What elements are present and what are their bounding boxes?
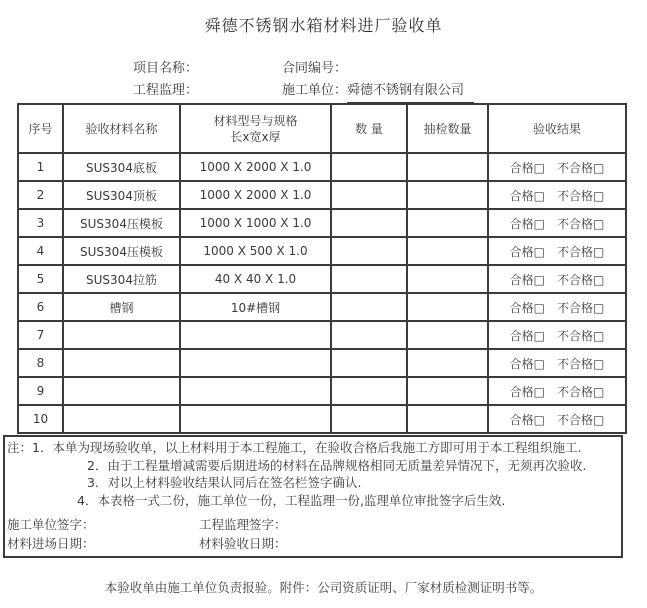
row-material-name: SUS304压模板 [63, 209, 180, 237]
row-material-name: SUS304压模板 [63, 237, 180, 265]
row-result-checkboxes[interactable]: 合格□ 不合格□ [488, 209, 626, 237]
contract-no-label: 合同编号： [282, 61, 347, 76]
header-sample-qty: 抽检数量 [407, 104, 488, 153]
form-meta: 项目名称：合同编号： 工程监理：施工单位：舜德不锈钢有限公司 [133, 58, 474, 102]
contract-no-group: 合同编号： [282, 58, 387, 80]
row-result-checkboxes[interactable]: 合格□ 不合格□ [488, 237, 626, 265]
row-material-name: 槽钢 [63, 293, 180, 321]
entry-date-group: 材料进场日期： [7, 534, 199, 553]
table-row: 7 合格□ 不合格□ [18, 321, 626, 349]
materials-table: 序号 验收材料名称 材料型号与规格 长x宽x厚 数 量 抽检数量 验收结果 1 … [17, 103, 627, 434]
contractor-sign-group: 施工单位签字： [7, 515, 199, 534]
footer-note: 本验收单由施工单位负责报验。附件：公司资质证明、厂家材质检测证明书等。 [0, 578, 647, 596]
row-sample-field[interactable] [407, 321, 488, 349]
acceptance-form-page: 舜德不锈钢水箱材料进厂验收单 项目名称：合同编号： 工程监理：施工单位：舜德不锈… [0, 0, 647, 608]
row-quantity-field[interactable] [331, 237, 407, 265]
table-row: 5 SUS304拉筋 40 X 40 X 1.0 合格□ 不合格□ [18, 265, 626, 293]
table-row: 1 SUS304底板 1000 X 2000 X 1.0 合格□ 不合格□ [18, 153, 626, 181]
row-result-checkboxes[interactable]: 合格□ 不合格□ [488, 405, 626, 433]
row-result-checkboxes[interactable]: 合格□ 不合格□ [488, 153, 626, 181]
supervisor-label: 工程监理： [133, 83, 198, 98]
row-quantity-field[interactable] [331, 153, 407, 181]
table-row: 6 槽钢 10#槽钢 合格□ 不合格□ [18, 293, 626, 321]
header-material-name: 验收材料名称 [63, 104, 180, 153]
entry-date-label: 材料进场日期： [7, 536, 95, 551]
row-quantity-field[interactable] [331, 321, 407, 349]
row-sample-field[interactable] [407, 377, 488, 405]
table-row: 10 合格□ 不合格□ [18, 405, 626, 433]
row-result-checkboxes[interactable]: 合格□ 不合格□ [488, 321, 626, 349]
row-material-name[interactable] [63, 405, 180, 433]
supervisor-sign-label: 工程监理签字： [199, 517, 287, 532]
row-sample-field[interactable] [407, 405, 488, 433]
row-seq: 6 [18, 293, 63, 321]
row-spec: 40 X 40 X 1.0 [180, 265, 331, 293]
header-seq: 序号 [18, 104, 63, 153]
row-spec: 1000 X 1000 X 1.0 [180, 209, 331, 237]
note-line-1: 注：1．本单为现场验收单，以上材料用于本工程施工，在验收合格后我施工方即可用于本… [5, 437, 621, 457]
accept-date-label: 材料验收日期： [199, 536, 287, 551]
row-material-name[interactable] [63, 349, 180, 377]
row-spec: 1000 X 500 X 1.0 [180, 237, 331, 265]
notes-section: 注：1．本单为现场验收单，以上材料用于本工程施工，在验收合格后我施工方即可用于本… [3, 435, 623, 558]
signature-row: 施工单位签字：工程监理签字： [7, 515, 619, 534]
row-result-checkboxes[interactable]: 合格□ 不合格□ [488, 293, 626, 321]
row-seq: 10 [18, 405, 63, 433]
table-row: 8 合格□ 不合格□ [18, 349, 626, 377]
row-sample-field[interactable] [407, 181, 488, 209]
row-result-checkboxes[interactable]: 合格□ 不合格□ [488, 349, 626, 377]
contractor-value: 舜德不锈钢有限公司 [347, 80, 474, 103]
accept-date-group: 材料验收日期： [199, 536, 347, 551]
header-quantity: 数 量 [331, 104, 407, 153]
note-line-4: 4．本表格一式二份，施工单位一份，工程监理一份,监理单位审批签字后生效. [5, 492, 621, 510]
row-material-name[interactable] [63, 377, 180, 405]
row-sample-field[interactable] [407, 265, 488, 293]
row-quantity-field[interactable] [331, 209, 407, 237]
row-sample-field[interactable] [407, 153, 488, 181]
note-line-3: 3．对以上材料验收结果认同后在签名栏签字确认. [5, 474, 621, 492]
row-seq: 1 [18, 153, 63, 181]
row-seq: 7 [18, 321, 63, 349]
row-quantity-field[interactable] [331, 349, 407, 377]
row-seq: 5 [18, 265, 63, 293]
row-sample-field[interactable] [407, 293, 488, 321]
row-material-name: SUS304拉筋 [63, 265, 180, 293]
note-line-2: 2．由于工程量增减需要后期进场的材料在品牌规格相同无质量差异情况下，无须再次验收… [5, 457, 621, 475]
project-name-group: 项目名称： [133, 58, 282, 80]
meta-row-2: 工程监理：施工单位：舜德不锈钢有限公司 [133, 80, 474, 102]
row-sample-field[interactable] [407, 209, 488, 237]
header-spec-line2: 长x宽x厚 [181, 129, 330, 145]
table-row: 2 SUS304顶板 1000 X 2000 X 1.0 合格□ 不合格□ [18, 181, 626, 209]
row-sample-field[interactable] [407, 349, 488, 377]
row-spec[interactable] [180, 321, 331, 349]
table-row: 9 合格□ 不合格□ [18, 377, 626, 405]
row-sample-field[interactable] [407, 237, 488, 265]
row-spec[interactable] [180, 349, 331, 377]
row-spec: 1000 X 2000 X 1.0 [180, 181, 331, 209]
row-quantity-field[interactable] [331, 405, 407, 433]
row-seq: 8 [18, 349, 63, 377]
row-seq: 3 [18, 209, 63, 237]
row-material-name: SUS304顶板 [63, 181, 180, 209]
row-seq: 9 [18, 377, 63, 405]
supervisor-group: 工程监理： [133, 80, 282, 102]
row-material-name: SUS304底板 [63, 153, 180, 181]
row-material-name[interactable] [63, 321, 180, 349]
row-spec: 1000 X 2000 X 1.0 [180, 153, 331, 181]
contractor-group: 施工单位：舜德不锈钢有限公司 [282, 80, 474, 103]
contractor-sign-label: 施工单位签字： [7, 517, 95, 532]
project-name-label: 项目名称： [133, 61, 198, 76]
table-row: 3 SUS304压模板 1000 X 1000 X 1.0 合格□ 不合格□ [18, 209, 626, 237]
date-row: 材料进场日期：材料验收日期： [7, 534, 619, 553]
row-result-checkboxes[interactable]: 合格□ 不合格□ [488, 181, 626, 209]
row-result-checkboxes[interactable]: 合格□ 不合格□ [488, 377, 626, 405]
header-spec-line1: 材料型号与规格 [181, 113, 330, 129]
row-spec[interactable] [180, 377, 331, 405]
row-spec: 10#槽钢 [180, 293, 331, 321]
row-spec[interactable] [180, 405, 331, 433]
supervisor-sign-group: 工程监理签字： [199, 517, 347, 532]
contractor-label: 施工单位： [282, 83, 347, 98]
page-title: 舜德不锈钢水箱材料进厂验收单 [0, 13, 647, 36]
table-row: 4 SUS304压模板 1000 X 500 X 1.0 合格□ 不合格□ [18, 237, 626, 265]
row-quantity-field[interactable] [331, 293, 407, 321]
header-result: 验收结果 [488, 104, 626, 153]
row-result-checkboxes[interactable]: 合格□ 不合格□ [488, 265, 626, 293]
row-quantity-field[interactable] [331, 377, 407, 405]
row-seq: 2 [18, 181, 63, 209]
header-spec: 材料型号与规格 长x宽x厚 [180, 104, 331, 153]
row-seq: 4 [18, 237, 63, 265]
row-quantity-field[interactable] [331, 181, 407, 209]
meta-row-1: 项目名称：合同编号： [133, 58, 474, 80]
signoff-section: 施工单位签字：工程监理签字： 材料进场日期：材料验收日期： [7, 515, 619, 553]
row-quantity-field[interactable] [331, 265, 407, 293]
table-header-row: 序号 验收材料名称 材料型号与规格 长x宽x厚 数 量 抽检数量 验收结果 [18, 104, 626, 153]
